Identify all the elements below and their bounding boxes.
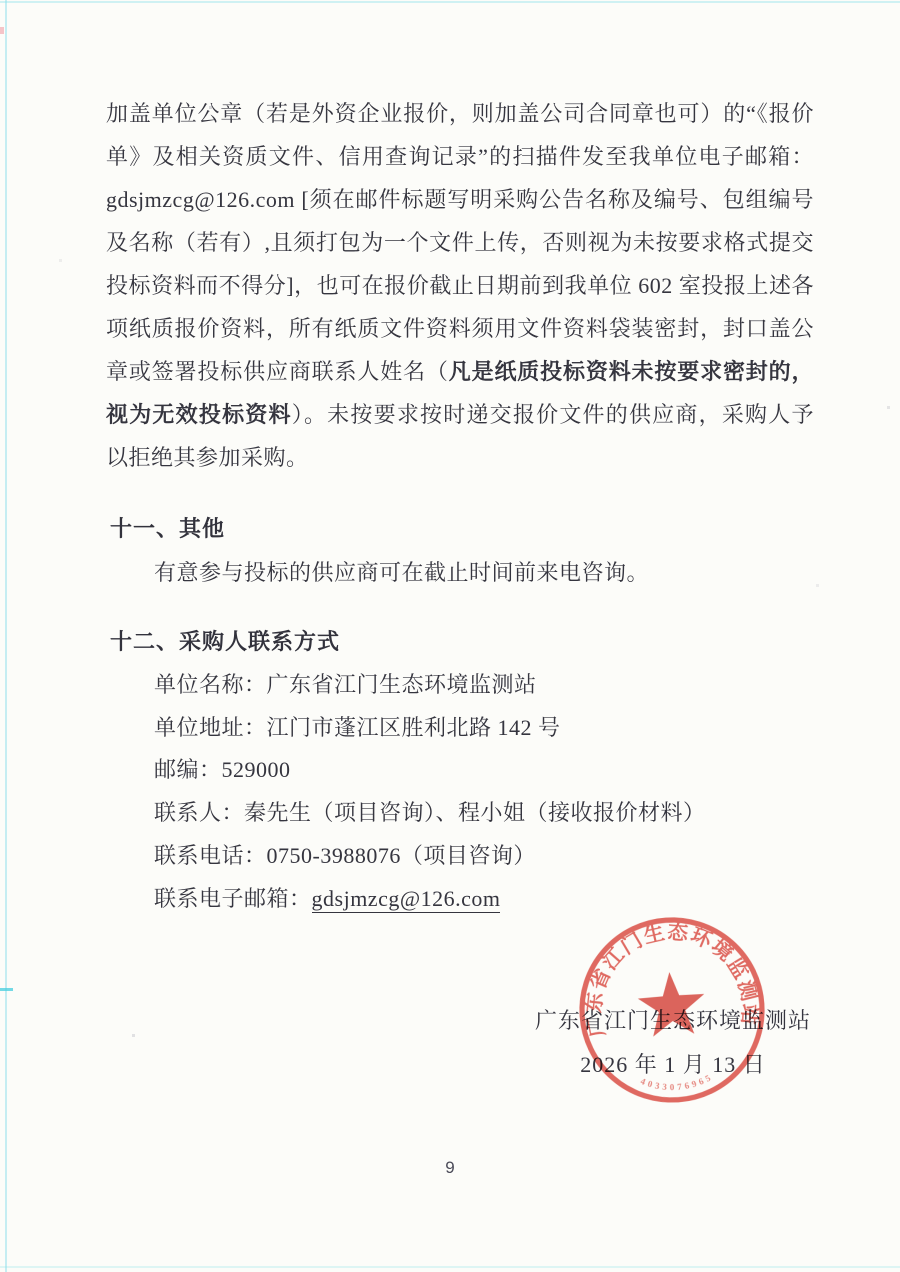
email-address: gdsjmzcg@126.com bbox=[312, 886, 501, 913]
scan-noise-specks bbox=[0, 0, 1, 1]
scan-edge-line-top bbox=[0, 1, 900, 3]
scan-tick-pink bbox=[0, 27, 4, 34]
section-11-body: 有意参与投标的供应商可在截止时间前来电咨询。 bbox=[154, 556, 649, 587]
page-number: 9 bbox=[0, 1158, 900, 1178]
contact-line-phone: 联系电话：0750-3988076（项目咨询） bbox=[154, 835, 706, 878]
star-icon bbox=[636, 970, 707, 1038]
seal-serial-container: 4033076965 bbox=[639, 1071, 716, 1095]
contact-line-email: 联系电子邮箱：gdsjmzcg@126.com bbox=[154, 878, 706, 921]
scan-edge-line-left bbox=[5, 0, 7, 1272]
contact-line-address: 单位地址：江门市蓬江区胜利北路 142 号 bbox=[154, 707, 706, 750]
scan-edge-line-bottom bbox=[0, 1266, 900, 1268]
contact-line-org-name: 单位名称：广东省江门生态环境监测站 bbox=[154, 664, 706, 707]
seal-serial-number: 4033076965 bbox=[639, 1071, 716, 1095]
contact-line-persons: 联系人：秦先生（项目咨询）、程小姐（接收报价材料） bbox=[154, 792, 706, 835]
paragraph-submission-requirements: 加盖单位公章（若是外资企业报价，则加盖公司合同章也可）的“《报价单》及相关资质文… bbox=[106, 92, 814, 479]
paragraph-text-1: 加盖单位公章（若是外资企业报价，则加盖公司合同章也可）的“《报价单》及相关资质文… bbox=[106, 101, 814, 384]
contact-info-block: 单位名称：广东省江门生态环境监测站 单位地址：江门市蓬江区胜利北路 142 号 … bbox=[154, 664, 706, 920]
section-12-heading: 十二、采购人联系方式 bbox=[110, 625, 340, 656]
contact-line-postcode: 邮编：529000 bbox=[154, 749, 706, 792]
section-11-heading: 十一、其他 bbox=[110, 512, 225, 543]
scan-tick-cyan bbox=[0, 988, 13, 991]
official-seal-stamp: 广东省江门生态环境监测站 4033076965 bbox=[571, 909, 774, 1112]
email-label: 联系电子邮箱： bbox=[154, 886, 312, 911]
scanned-document-page: 加盖单位公章（若是外资企业报价，则加盖公司合同章也可）的“《报价单》及相关资质文… bbox=[0, 0, 900, 1272]
